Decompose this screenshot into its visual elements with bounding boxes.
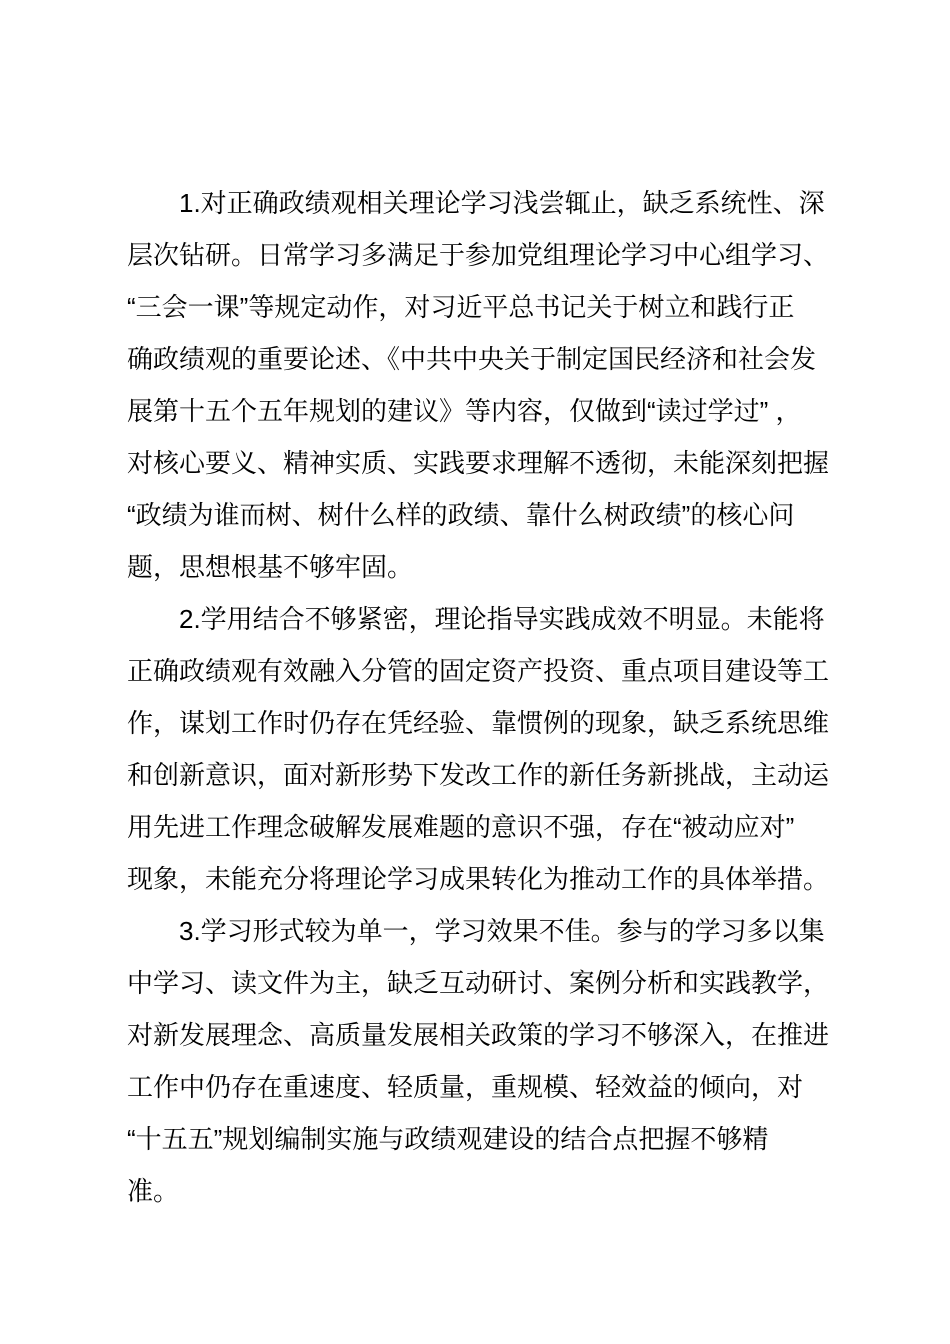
paragraph-3-line-5: “十五五”规划编制实施与政绩观建设的结合点把握不够精 [127,1113,833,1165]
paragraph-2-line-4: 和创新意识，面对新形势下发改工作的新任务新挑战，主动运 [127,749,833,801]
paragraph-1-line-8: 题，思想根基不够牢固。 [127,541,833,593]
paragraph-1-line-6: 对核心要义、精神实质、实践要求理解不透彻，未能深刻把握 [127,437,833,489]
paragraph-2-line-6: 现象，未能充分将理论学习成果转化为推动工作的具体举措。 [127,853,833,905]
paragraph-2: 2.学用结合不够紧密，理论指导实践成效不明显。未能将正确政绩观有效融入分管的固定… [127,593,833,905]
paragraph-2-line-1: 2.学用结合不够紧密，理论指导实践成效不明显。未能将 [127,593,833,645]
paragraph-1-line-1: 1.对正确政绩观相关理论学习浅尝辄止，缺乏系统性、深 [127,177,833,229]
paragraph-1-line-3: “三会一课”等规定动作，对习近平总书记关于树立和践行正 [127,281,833,333]
paragraph-3-line-6: 准。 [127,1165,833,1217]
paragraph-3-line-3: 对新发展理念、高质量发展相关政策的学习不够深入，在推进 [127,1009,833,1061]
paragraph-1-line-7: “政绩为谁而树、树什么样的政绩、靠什么树政绩”的核心问 [127,489,833,541]
paragraph-2-line-2: 正确政绩观有效融入分管的固定资产投资、重点项目建设等工 [127,645,833,697]
paragraph-2-line-3: 作，谋划工作时仍存在凭经验、靠惯例的现象，缺乏系统思维 [127,697,833,749]
paragraph-1-line-2: 层次钻研。日常学习多满足于参加党组理论学习中心组学习、 [127,229,833,281]
paragraph-3-line-2: 中学习、读文件为主，缺乏互动研讨、案例分析和实践教学， [127,957,833,1009]
paragraph-1: 1.对正确政绩观相关理论学习浅尝辄止，缺乏系统性、深层次钻研。日常学习多满足于参… [127,177,833,593]
paragraph-3: 3.学习形式较为单一，学习效果不佳。参与的学习多以集中学习、读文件为主，缺乏互动… [127,905,833,1217]
paragraph-3-line-4: 工作中仍存在重速度、轻质量，重规模、轻效益的倾向，对 [127,1061,833,1113]
paragraph-1-line-4: 确政绩观的重要论述、《中共中央关于制定国民经济和社会发 [127,333,833,385]
document-body: 1.对正确政绩观相关理论学习浅尝辄止，缺乏系统性、深层次钻研。日常学习多满足于参… [127,177,833,1217]
paragraph-2-line-5: 用先进工作理念破解发展难题的意识不强，存在“被动应对” [127,801,833,853]
paragraph-3-line-1: 3.学习形式较为单一，学习效果不佳。参与的学习多以集 [127,905,833,957]
paragraph-1-line-5: 展第十五个五年规划的建议》等内容，仅做到“读过学过” ， [127,385,833,437]
